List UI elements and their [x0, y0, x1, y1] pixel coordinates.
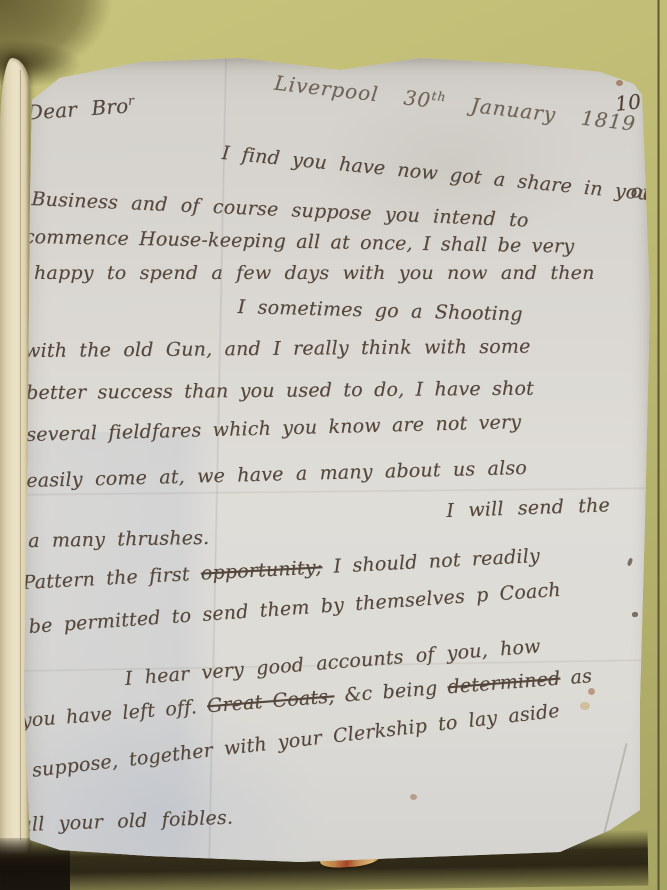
letter-line: happy to spend a few days with you now a…: [34, 262, 595, 284]
rust-stain: [616, 80, 623, 86]
yellow-stain: [580, 702, 590, 710]
backing-page-edge-line: [657, 0, 660, 890]
letter-photograph: Liverpool 30th January 1819 10 Dear Bror…: [0, 0, 667, 890]
dateline-day-suffix: th: [431, 88, 448, 105]
letter-line: with the old Gun, and I really think wit…: [24, 336, 531, 362]
letter-line: better success than you used to do, I ha…: [26, 378, 534, 404]
letter-line: a many thrushes.: [28, 527, 209, 552]
book-page-edge-line: [20, 70, 21, 840]
line-segment: as: [559, 665, 592, 689]
edge-fragment: ou: [630, 180, 656, 204]
salutation-superscript: r: [127, 92, 134, 107]
brown-stain: [410, 794, 417, 800]
corner-number: 10: [614, 89, 642, 116]
letter-page: Liverpool 30th January 1819 10 Dear Bror…: [18, 52, 654, 876]
dateline-day: 30: [402, 85, 432, 112]
brown-stain: [588, 688, 595, 695]
